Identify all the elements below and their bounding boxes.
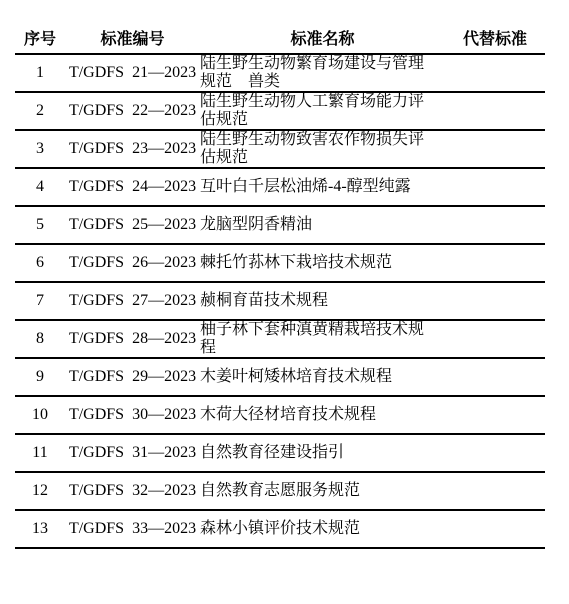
- cell-no: 9: [15, 358, 65, 396]
- table-row: 2 T/GDFS 22—2023 陆生野生动物人工繁育场能力评估规范: [15, 92, 545, 130]
- cell-name: 棘托竹荪林下栽培技术规范: [200, 244, 445, 282]
- header-name: 标准名称: [200, 26, 445, 54]
- cell-name: 木姜叶柯矮林培育技术规程: [200, 358, 445, 396]
- cell-replaces: [445, 510, 545, 548]
- header-replaces: 代替标准: [445, 26, 545, 54]
- cell-replaces: [445, 472, 545, 510]
- cell-name: 陆生野生动物致害农作物损失评估规范: [200, 130, 445, 168]
- cell-no: 5: [15, 206, 65, 244]
- document-page: 序号 标准编号 标准名称 代替标准 1 T/GDFS 21—2023 陆生野生动…: [0, 0, 569, 604]
- standards-table: 序号 标准编号 标准名称 代替标准 1 T/GDFS 21—2023 陆生野生动…: [15, 26, 545, 549]
- cell-name: 赪桐育苗技术规程: [200, 282, 445, 320]
- cell-name: 柚子林下套种滇黄精栽培技术规程: [200, 320, 445, 358]
- table-row: 7 T/GDFS 27—2023 赪桐育苗技术规程: [15, 282, 545, 320]
- cell-code: T/GDFS 31—2023: [65, 434, 200, 472]
- cell-code: T/GDFS 33—2023: [65, 510, 200, 548]
- cell-code: T/GDFS 21—2023: [65, 54, 200, 92]
- cell-replaces: [445, 396, 545, 434]
- cell-name: 互叶白千层松油烯-4-醇型纯露: [200, 168, 445, 206]
- cell-no: 4: [15, 168, 65, 206]
- cell-name: 龙脑型阴香精油: [200, 206, 445, 244]
- cell-no: 3: [15, 130, 65, 168]
- cell-no: 10: [15, 396, 65, 434]
- cell-name: 森林小镇评价技术规范: [200, 510, 445, 548]
- cell-no: 13: [15, 510, 65, 548]
- table-row: 4 T/GDFS 24—2023 互叶白千层松油烯-4-醇型纯露: [15, 168, 545, 206]
- cell-no: 8: [15, 320, 65, 358]
- cell-replaces: [445, 168, 545, 206]
- cell-code: T/GDFS 29—2023: [65, 358, 200, 396]
- standards-document: 序号 标准编号 标准名称 代替标准 1 T/GDFS 21—2023 陆生野生动…: [0, 0, 569, 549]
- cell-code: T/GDFS 24—2023: [65, 168, 200, 206]
- cell-no: 2: [15, 92, 65, 130]
- cell-code: T/GDFS 28—2023: [65, 320, 200, 358]
- cell-no: 6: [15, 244, 65, 282]
- cell-name: 自然教育径建设指引: [200, 434, 445, 472]
- header-code: 标准编号: [65, 26, 200, 54]
- table-row: 5 T/GDFS 25—2023 龙脑型阴香精油: [15, 206, 545, 244]
- cell-replaces: [445, 358, 545, 396]
- cell-no: 7: [15, 282, 65, 320]
- cell-name: 木荷大径材培育技术规程: [200, 396, 445, 434]
- table-row: 3 T/GDFS 23—2023 陆生野生动物致害农作物损失评估规范: [15, 130, 545, 168]
- cell-code: T/GDFS 25—2023: [65, 206, 200, 244]
- cell-name: 陆生野生动物繁育场建设与管理规范 兽类: [200, 54, 445, 92]
- cell-replaces: [445, 130, 545, 168]
- table-header-row: 序号 标准编号 标准名称 代替标准: [15, 26, 545, 54]
- cell-replaces: [445, 92, 545, 130]
- cell-replaces: [445, 434, 545, 472]
- table-row: 11 T/GDFS 31—2023 自然教育径建设指引: [15, 434, 545, 472]
- cell-replaces: [445, 206, 545, 244]
- cell-code: T/GDFS 26—2023: [65, 244, 200, 282]
- table-head: 序号 标准编号 标准名称 代替标准: [15, 26, 545, 54]
- table-row: 9 T/GDFS 29—2023 木姜叶柯矮林培育技术规程: [15, 358, 545, 396]
- cell-no: 11: [15, 434, 65, 472]
- table-row: 1 T/GDFS 21—2023 陆生野生动物繁育场建设与管理规范 兽类: [15, 54, 545, 92]
- cell-code: T/GDFS 23—2023: [65, 130, 200, 168]
- table-row: 6 T/GDFS 26—2023 棘托竹荪林下栽培技术规范: [15, 244, 545, 282]
- table-body: 1 T/GDFS 21—2023 陆生野生动物繁育场建设与管理规范 兽类 2 T…: [15, 54, 545, 548]
- cell-code: T/GDFS 27—2023: [65, 282, 200, 320]
- cell-no: 1: [15, 54, 65, 92]
- table-row: 8 T/GDFS 28—2023 柚子林下套种滇黄精栽培技术规程: [15, 320, 545, 358]
- header-no: 序号: [15, 26, 65, 54]
- cell-code: T/GDFS 30—2023: [65, 396, 200, 434]
- cell-replaces: [445, 54, 545, 92]
- cell-no: 12: [15, 472, 65, 510]
- cell-replaces: [445, 320, 545, 358]
- cell-replaces: [445, 282, 545, 320]
- cell-code: T/GDFS 22—2023: [65, 92, 200, 130]
- cell-name: 陆生野生动物人工繁育场能力评估规范: [200, 92, 445, 130]
- cell-code: T/GDFS 32—2023: [65, 472, 200, 510]
- table-row: 12 T/GDFS 32—2023 自然教育志愿服务规范: [15, 472, 545, 510]
- table-row: 13 T/GDFS 33—2023 森林小镇评价技术规范: [15, 510, 545, 548]
- table-row: 10 T/GDFS 30—2023 木荷大径材培育技术规程: [15, 396, 545, 434]
- cell-name: 自然教育志愿服务规范: [200, 472, 445, 510]
- cell-replaces: [445, 244, 545, 282]
